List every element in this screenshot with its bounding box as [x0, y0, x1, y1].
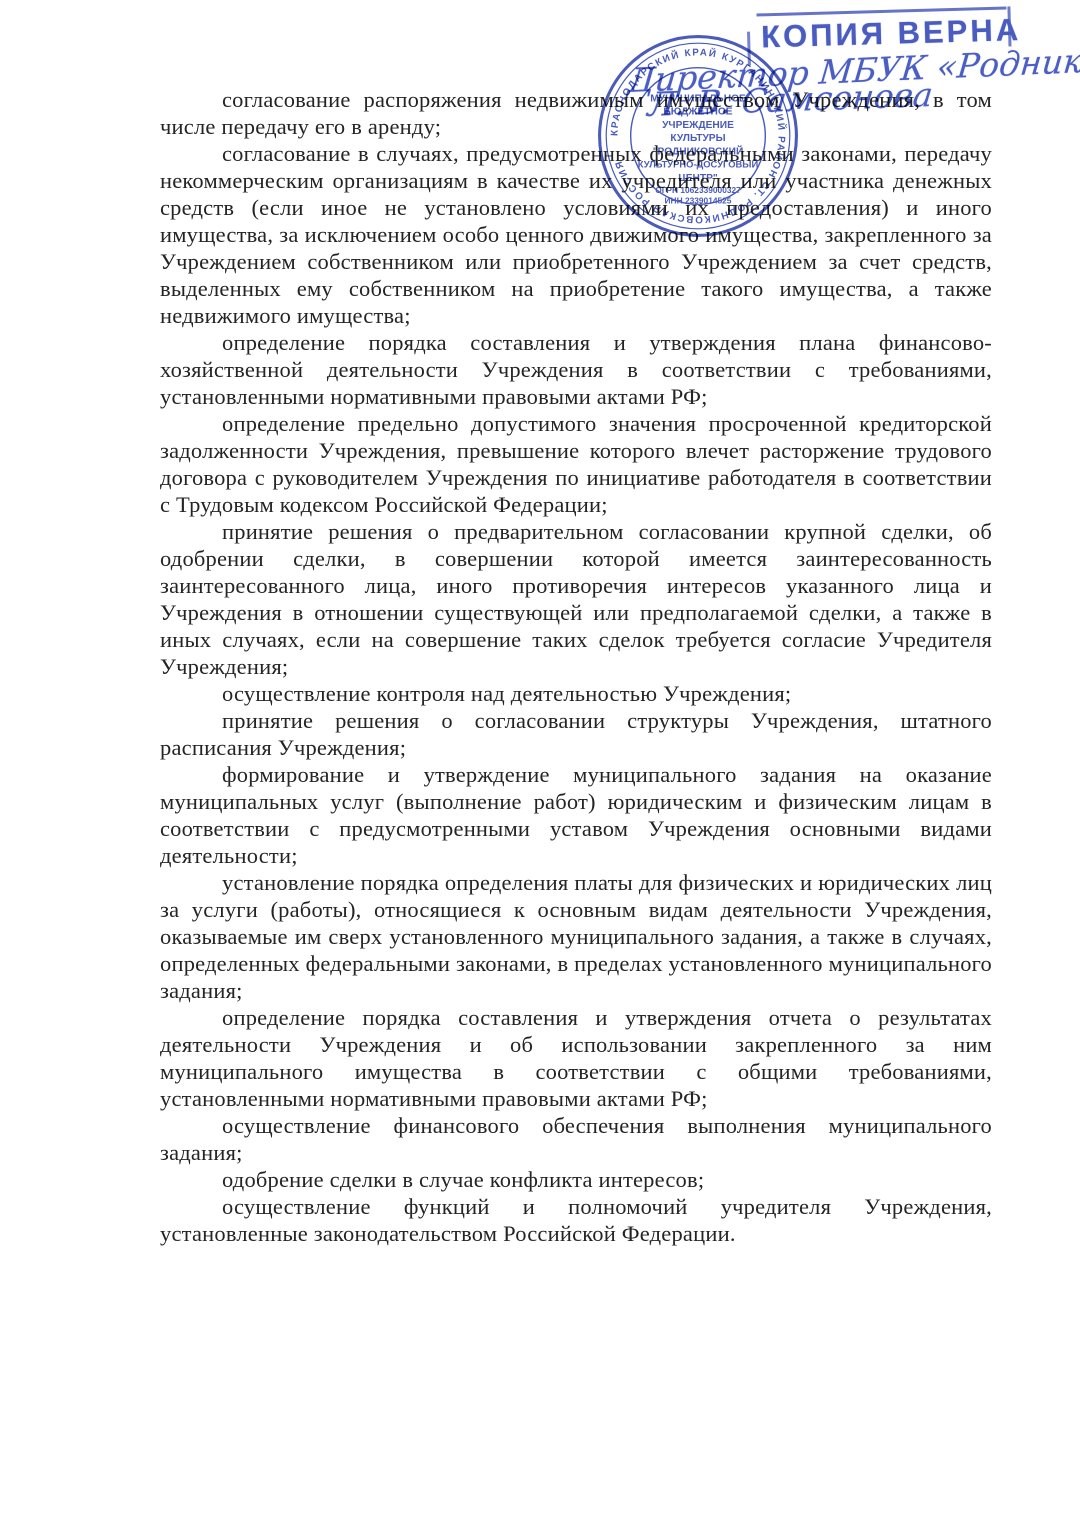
document-body: согласование распоряжения недвижимым иму… [160, 86, 992, 1247]
paragraph: принятие решения о согласовании структур… [160, 707, 992, 761]
copy-stamp-border-top [756, 6, 1006, 16]
paragraph: определение порядка составления и утверж… [160, 329, 992, 410]
paragraph: принятие решения о предварительном согла… [160, 518, 992, 680]
copy-stamp-label: КОПИЯ ВЕРНА [761, 12, 1022, 55]
paragraph: осуществление финансового обеспечения вы… [160, 1112, 992, 1166]
paragraph: осуществление функций и полномочий учред… [160, 1193, 992, 1247]
paragraph: определение порядка составления и утверж… [160, 1004, 992, 1112]
paragraph: одобрение сделки в случае конфликта инте… [160, 1166, 992, 1193]
paragraph: согласование в случаях, предусмотренных … [160, 140, 992, 329]
paragraph: формирование и утверждение муниципальног… [160, 761, 992, 869]
copy-stamp-border-right [1007, 6, 1011, 46]
paragraph: согласование распоряжения недвижимым иму… [160, 86, 992, 140]
paragraph: осуществление контроля над деятельностью… [160, 680, 992, 707]
paragraph: определение предельно допустимого значен… [160, 410, 992, 518]
document-page: согласование распоряжения недвижимым иму… [0, 0, 1080, 1527]
paragraph: установление порядка определения платы д… [160, 869, 992, 1004]
copy-stamp-border-left [747, 32, 751, 66]
copy-verna-stamp: КОПИЯ ВЕРНА [754, 2, 1007, 57]
